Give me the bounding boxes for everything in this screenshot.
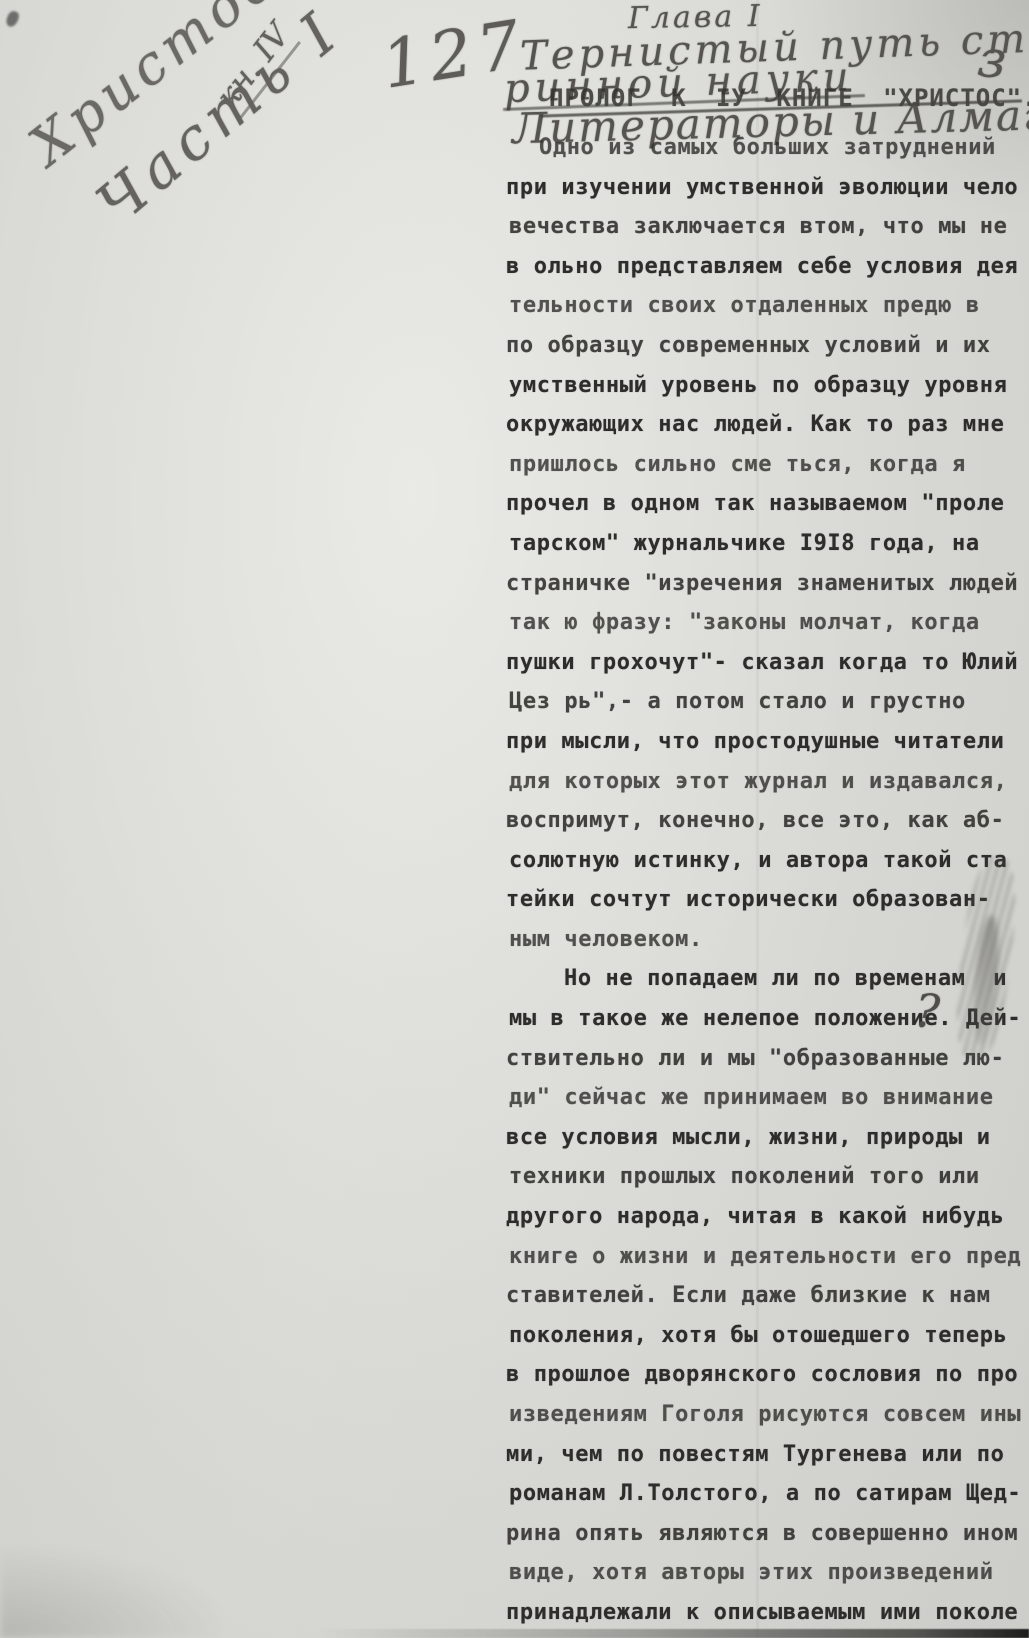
typed-line: тельности своих отдаленных предю в [509,286,1026,326]
typed-line: пушки грохочут"- сказал когда то Юлий [506,643,1026,683]
scan-edge-black-bar [318,1629,1029,1638]
typed-line: ставителей. Если даже близкие к нам [506,1276,1026,1316]
typed-body-column: Одно из самых больших затруднений при из… [506,128,1026,1633]
typed-line: окружающих нас людей. Как то раз мне [506,405,1026,445]
typed-line: принадлежали к описываемым ими поколе [506,1593,1026,1633]
typed-line: другого народа, читая в какой нибудь [506,1197,1026,1237]
typed-line: ми, чем по повестям Тургенева или по [506,1435,1026,1475]
typed-line: изведениям Гоголя рисуются совсем ины [509,1395,1026,1435]
typed-line: воспримут, конечно, все это, как аб- [506,801,1026,841]
typed-line: мы в такое же нелепое положение. Дей- [509,999,1026,1039]
typed-line: для которых этот журнал и издавался, [509,762,1026,802]
typed-line: страничке "изречения знаменитых людей [506,564,1026,604]
typed-line: солютную истинку, и автора такой ста [509,841,1026,881]
scan-shadow-bottom-left [0,1548,220,1638]
typed-line: романам Л.Толстого, а по сатирам Щед- [509,1474,1026,1514]
typed-line: в ольно представляем себе условия дея [506,247,1026,287]
typed-line: тейки сочтут исторически образован- [506,880,1026,920]
typed-line: ди" сейчас же принимаем во внимание [509,1078,1026,1118]
typed-line: техники прошлых поколений того или [509,1157,1026,1197]
typed-line: Но не попадаем ли по временам и [506,959,1026,999]
typed-line: рина опять являются в совершенно ином [506,1514,1026,1554]
typed-line: поколения, хотя бы отошедшего теперь [509,1316,1026,1356]
inserted-question-mark: ? [913,983,941,1039]
ink-speck [5,10,21,29]
typed-line: умственный уровень по образцу уровня [509,366,1026,406]
typed-line: в прошлое дворянского сословия по про [506,1355,1026,1395]
typed-line: тарском" журнальчике I9I8 года, на [509,524,1026,564]
typed-line: при изучении умственной эволюции чело [506,168,1026,208]
typed-line: книге о жизни и деятельности его пред [509,1237,1026,1277]
typed-line: Одно из самых больших затруднений [509,128,1026,168]
typed-line: Цез рь",- а потом стало и грустно [509,682,1026,722]
typed-line: ствительно ли и мы "образованные лю- [506,1039,1026,1079]
typed-line: при мысли, что простодушные читатели [506,722,1026,762]
typed-line: прочел в одном так называемом "проле [506,484,1026,524]
typed-line: по образцу современных условий и их [506,326,1026,366]
typed-line: пришлось сильно сме ться, когда я [509,445,1026,485]
typed-line: ным человеком. [509,920,1026,960]
scanned-manuscript-page: 127 Христос кн. IV Часть I Глава I Терни… [0,0,1029,1638]
typed-line: вечества заключается втом, что мы не [509,207,1026,247]
typed-line: так ю фразу: "законы молчат, когда [509,603,1026,643]
typed-line: все условия мысли, жизни, природы и [506,1118,1026,1158]
typed-line: виде, хотя авторы этих произведений [509,1553,1026,1593]
